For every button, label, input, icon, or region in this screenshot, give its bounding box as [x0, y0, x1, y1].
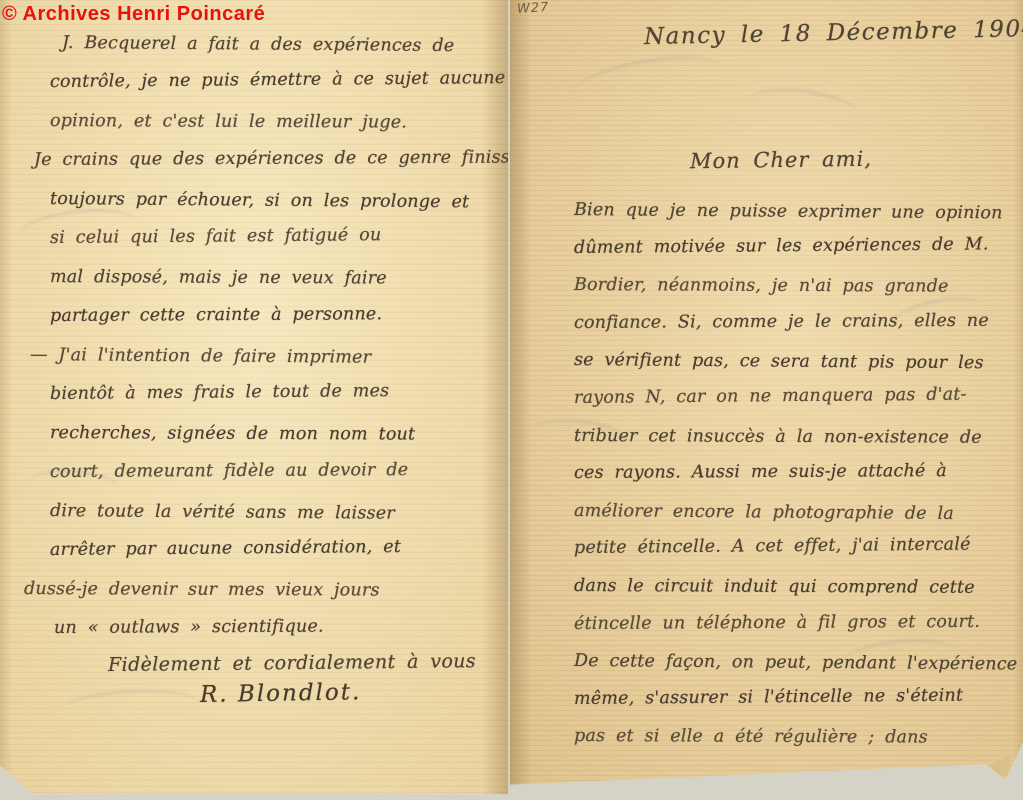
- date-line: Nancy le 18 Décembre 1904: [644, 16, 1023, 50]
- letter-scan: J. Becquerel a fait a des expériences de…: [0, 0, 1023, 800]
- handwritten-line: partager cette crainte à personne.: [50, 295, 495, 336]
- salutation: Mon Cher ami,: [690, 147, 872, 174]
- handwritten-line: mal disposé, mais je ne veux faire: [50, 258, 495, 299]
- handwritten-line: pas et si elle a été régulière ; dans: [574, 718, 1010, 757]
- handwritten-line: rayons N, car on ne manquera pas d'at-: [574, 376, 1010, 417]
- ink-bleedthrough-mark: [749, 82, 860, 114]
- handwritten-line: Je crains que des expériences de ce genr…: [34, 139, 495, 180]
- closing-line: Fidèlement et cordialement à vous: [108, 650, 495, 676]
- handwritten-line: recherches, signées de mon nom tout: [50, 414, 495, 455]
- handwritten-line: un « outlaws » scientifique.: [54, 607, 495, 648]
- handwritten-line: contrôle, je ne puis émettre à ce sujet …: [50, 59, 495, 102]
- letter-page-left: J. Becquerel a fait a des expériences de…: [0, 0, 508, 794]
- handwritten-line: opinion, et c'est lui le meilleur juge.: [50, 102, 495, 143]
- left-page-text: J. Becquerel a fait a des expériences de…: [50, 24, 495, 708]
- handwritten-line: petite étincelle. A cet effet, j'ai inte…: [574, 527, 1010, 568]
- handwritten-line: tribuer cet insuccès à la non-existence …: [574, 418, 1010, 457]
- handwritten-line: étincelle un téléphone à fil gros et cou…: [574, 603, 1010, 643]
- ink-bleedthrough-mark: [569, 47, 720, 94]
- handwritten-line: bientôt à mes frais le tout de mes: [50, 371, 495, 414]
- handwritten-line: arrêter par aucune considération, et: [50, 527, 495, 570]
- handwritten-line: dûment motivée sur les expériences de M.: [574, 226, 1010, 267]
- handwritten-line: dussé-je devenir sur mes vieux jours: [24, 570, 495, 611]
- letter-page-right: Nancy le 18 Décembre 1904 Mon Cher ami, …: [510, 0, 1023, 791]
- signature: R. Blondlot.: [200, 677, 495, 708]
- handwritten-line: ces rayons. Aussi me suis-je attaché à: [574, 453, 1010, 493]
- archive-watermark: © Archives Henri Poincaré: [2, 3, 265, 26]
- handwritten-line: même, s'assurer si l'étincelle ne s'étei…: [574, 677, 1010, 718]
- handwritten-line: dans le circuit induit qui comprend cett…: [574, 568, 1010, 607]
- archival-number-annotation: W27: [517, 0, 550, 17]
- right-page-text: Bien que je ne puisse exprimer une opini…: [574, 192, 1010, 756]
